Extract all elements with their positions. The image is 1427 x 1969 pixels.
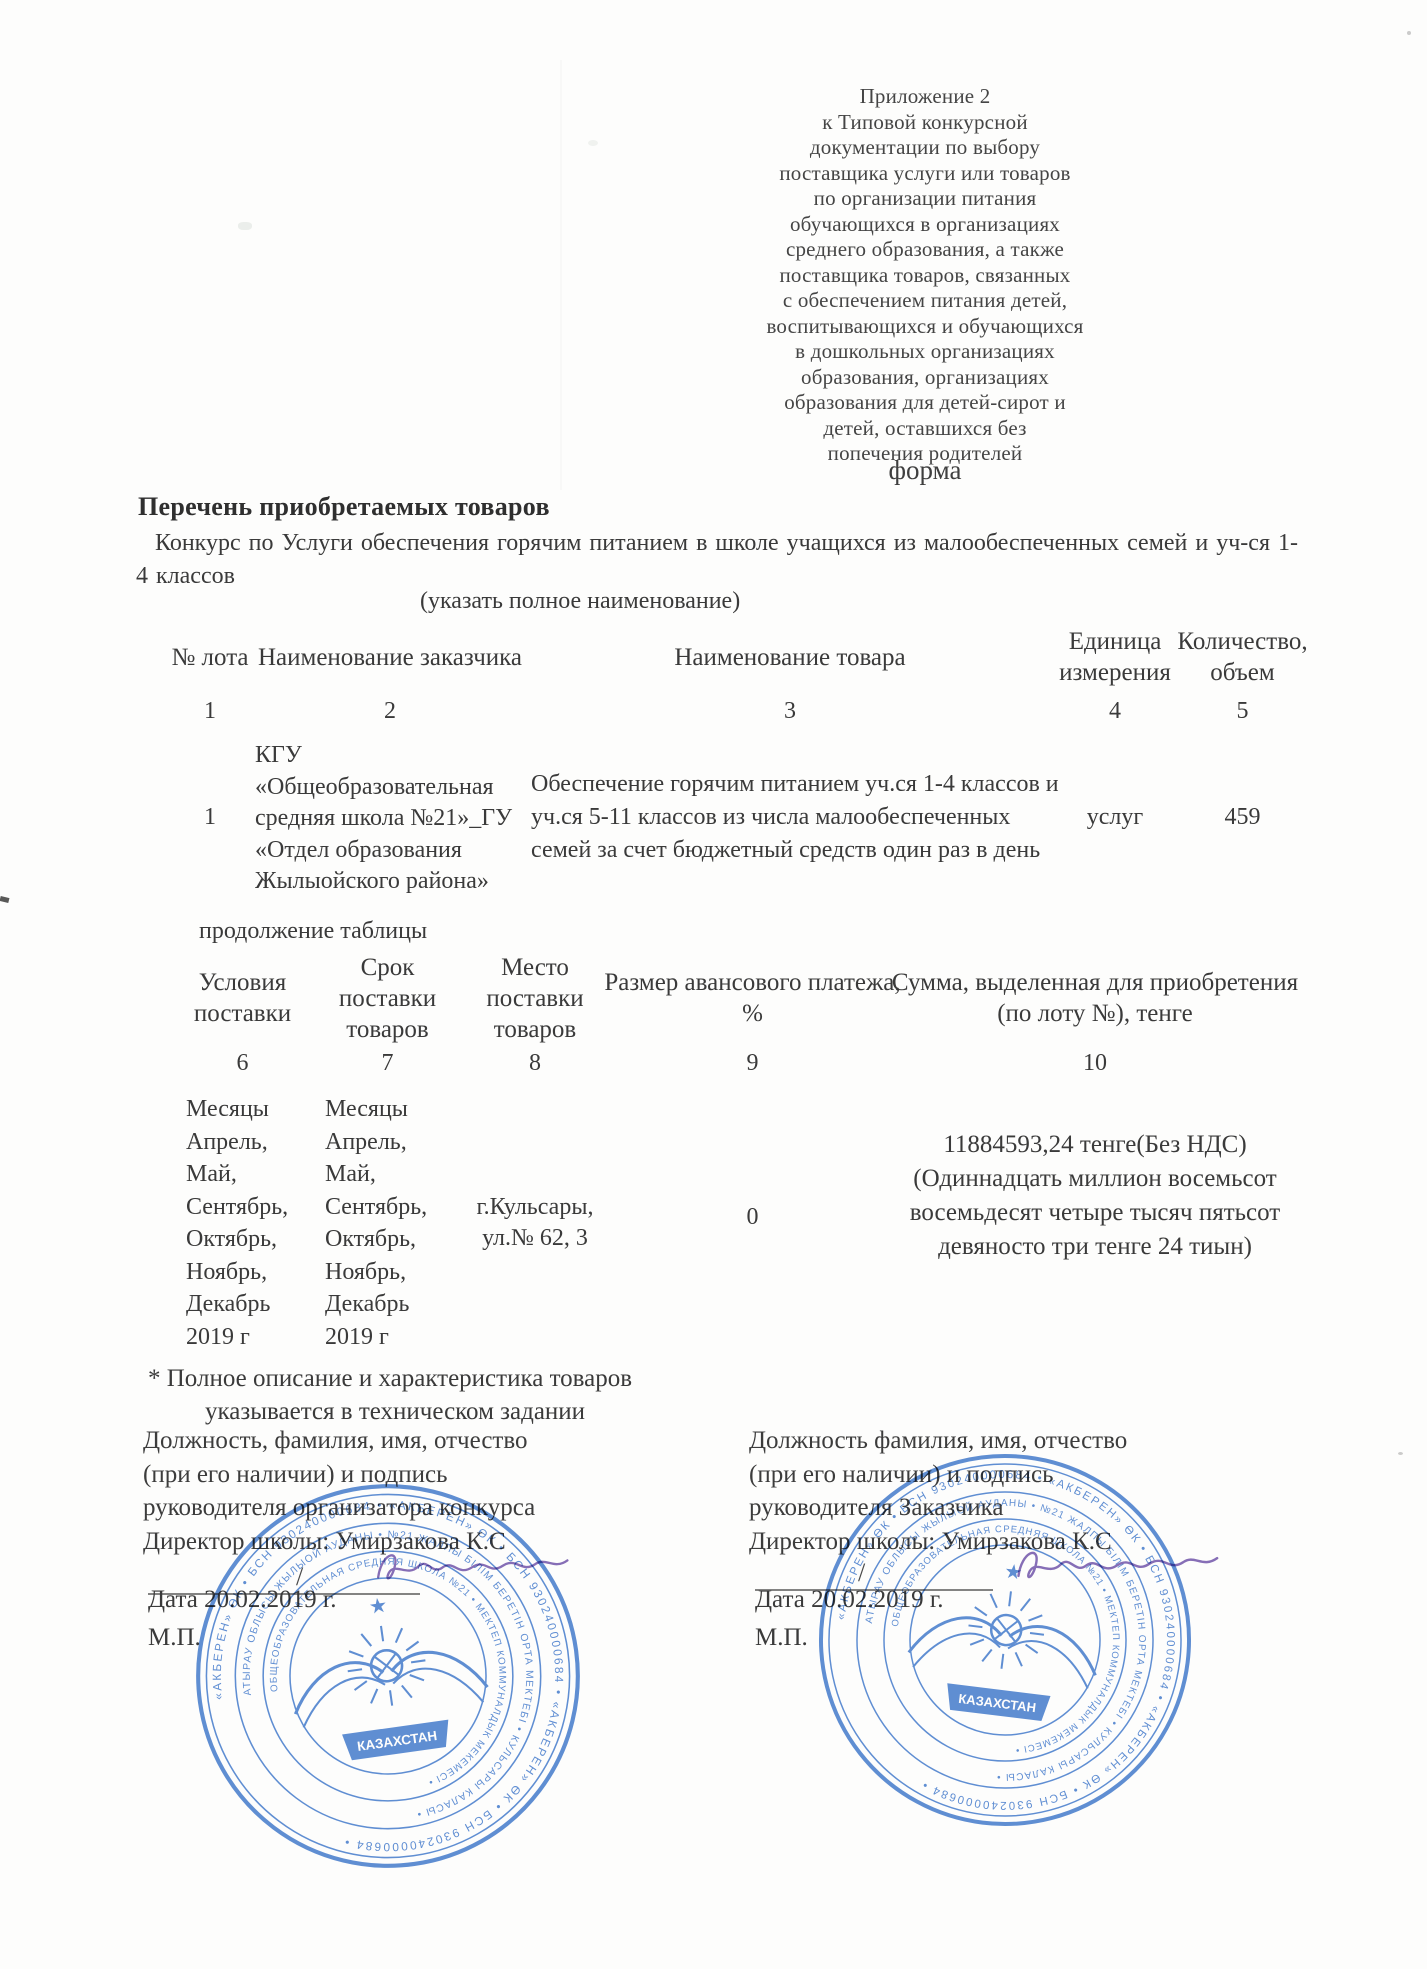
appendix-reference: Приложение 2 к Типовой конкурсной докуме… [690, 84, 1160, 467]
scan-artifact [238, 222, 252, 230]
lot-cell: 1 [165, 738, 255, 898]
svg-text:ОБЩЕОБРАЗОВАТЕЛЬНАЯ СРЕДНЯЯ ШК: ОБЩЕОБРАЗОВАТЕЛЬНАЯ СРЕДНЯЯ ШКОЛА №21 • … [876, 1511, 1134, 1767]
forma-label: форма [690, 455, 1160, 486]
page-title: Перечень приобретаемых товаров [138, 492, 550, 522]
col-header-place: Место поставки товаров [465, 946, 605, 1050]
column-number: 5 [1175, 698, 1310, 738]
column-number: 6 [175, 1050, 310, 1092]
scan-artifact [1407, 31, 1411, 35]
col-header-quantity: Количество, объем [1175, 616, 1310, 698]
place-cell: г.Кульсары, ул.№ 62, 3 [465, 1092, 605, 1353]
column-number: 3 [525, 698, 1055, 738]
terms-cell: Месяцы Апрель, Май, Сентябрь, Октябрь, Н… [175, 1092, 310, 1353]
scan-artifact [588, 140, 598, 146]
column-number: 8 [465, 1050, 605, 1092]
column-number: 1 [165, 698, 255, 738]
column-number: 10 [900, 1050, 1290, 1092]
scan-artifact [1398, 1452, 1403, 1455]
scan-streak [560, 60, 562, 490]
continuation-label: продолжение таблицы [199, 918, 427, 945]
col-header-product: Наименование товара [525, 616, 1055, 698]
document-page: Приложение 2 к Типовой конкурсной докуме… [0, 0, 1427, 1969]
unit-cell: услуг [1055, 738, 1175, 898]
column-number: 7 [310, 1050, 465, 1092]
scan-artifact [0, 896, 9, 903]
quantity-cell: 459 [1175, 738, 1310, 898]
svg-text:★: ★ [1003, 1560, 1023, 1584]
col-header-sum: Сумма, выделенная для приобретения (по л… [900, 946, 1290, 1050]
product-cell: Обеспечение горячим питанием уч.ся 1-4 к… [525, 738, 1055, 898]
sum-cell: 11884593,24 тенге(Без НДС) (Одиннадцать … [900, 1092, 1290, 1353]
col-header-unit: Единица измерения [1055, 616, 1175, 698]
col-header-customer: Наименование заказчика [255, 616, 525, 698]
products-table: № лота Наименование заказчика Наименован… [165, 616, 1310, 898]
footnote: * Полное описание и характеристика товар… [205, 1362, 632, 1428]
col-header-terms: Условия поставки [175, 946, 310, 1050]
column-number: 2 [255, 698, 525, 738]
seal-mark-label: М.П. [755, 1624, 808, 1652]
advance-cell: 0 [605, 1092, 900, 1353]
svg-text:★: ★ [368, 1595, 389, 1619]
intro-paragraph: Конкурс по Услуги обеспечения горячим пи… [136, 527, 1406, 593]
svg-text:ОБЩЕОБРАЗОВАТЕЛЬНАЯ СРЕДНЯЯ ШК: ОБЩЕОБРАЗОВАТЕЛЬНАЯ СРЕДНЯЯ ШКОЛА №21 • … [253, 1541, 522, 1808]
intro-note: (указать полное наименование) [420, 588, 740, 615]
col-header-advance: Размер авансового платежа, % [605, 946, 900, 1050]
official-stamp-right: «АКБЕРЕН» ӨК • БСН 930240000684 • «АКБЕР… [793, 1428, 1216, 1851]
delivery-table: Условия поставки Срок поставки товаров М… [175, 946, 1290, 1353]
period-cell: Месяцы Апрель, Май, Сентябрь, Октябрь, Н… [310, 1092, 465, 1353]
column-number: 9 [605, 1050, 900, 1092]
column-number: 4 [1055, 698, 1175, 738]
col-header-lot: № лота [165, 616, 255, 698]
customer-cell: КГУ «Общеобразовательная средняя школа №… [255, 738, 525, 898]
col-header-period: Срок поставки товаров [310, 946, 465, 1050]
official-stamp-left: «АКБЕРЕН» ӨК • БСН 930240000684 • «АКБЕР… [167, 1455, 610, 1898]
